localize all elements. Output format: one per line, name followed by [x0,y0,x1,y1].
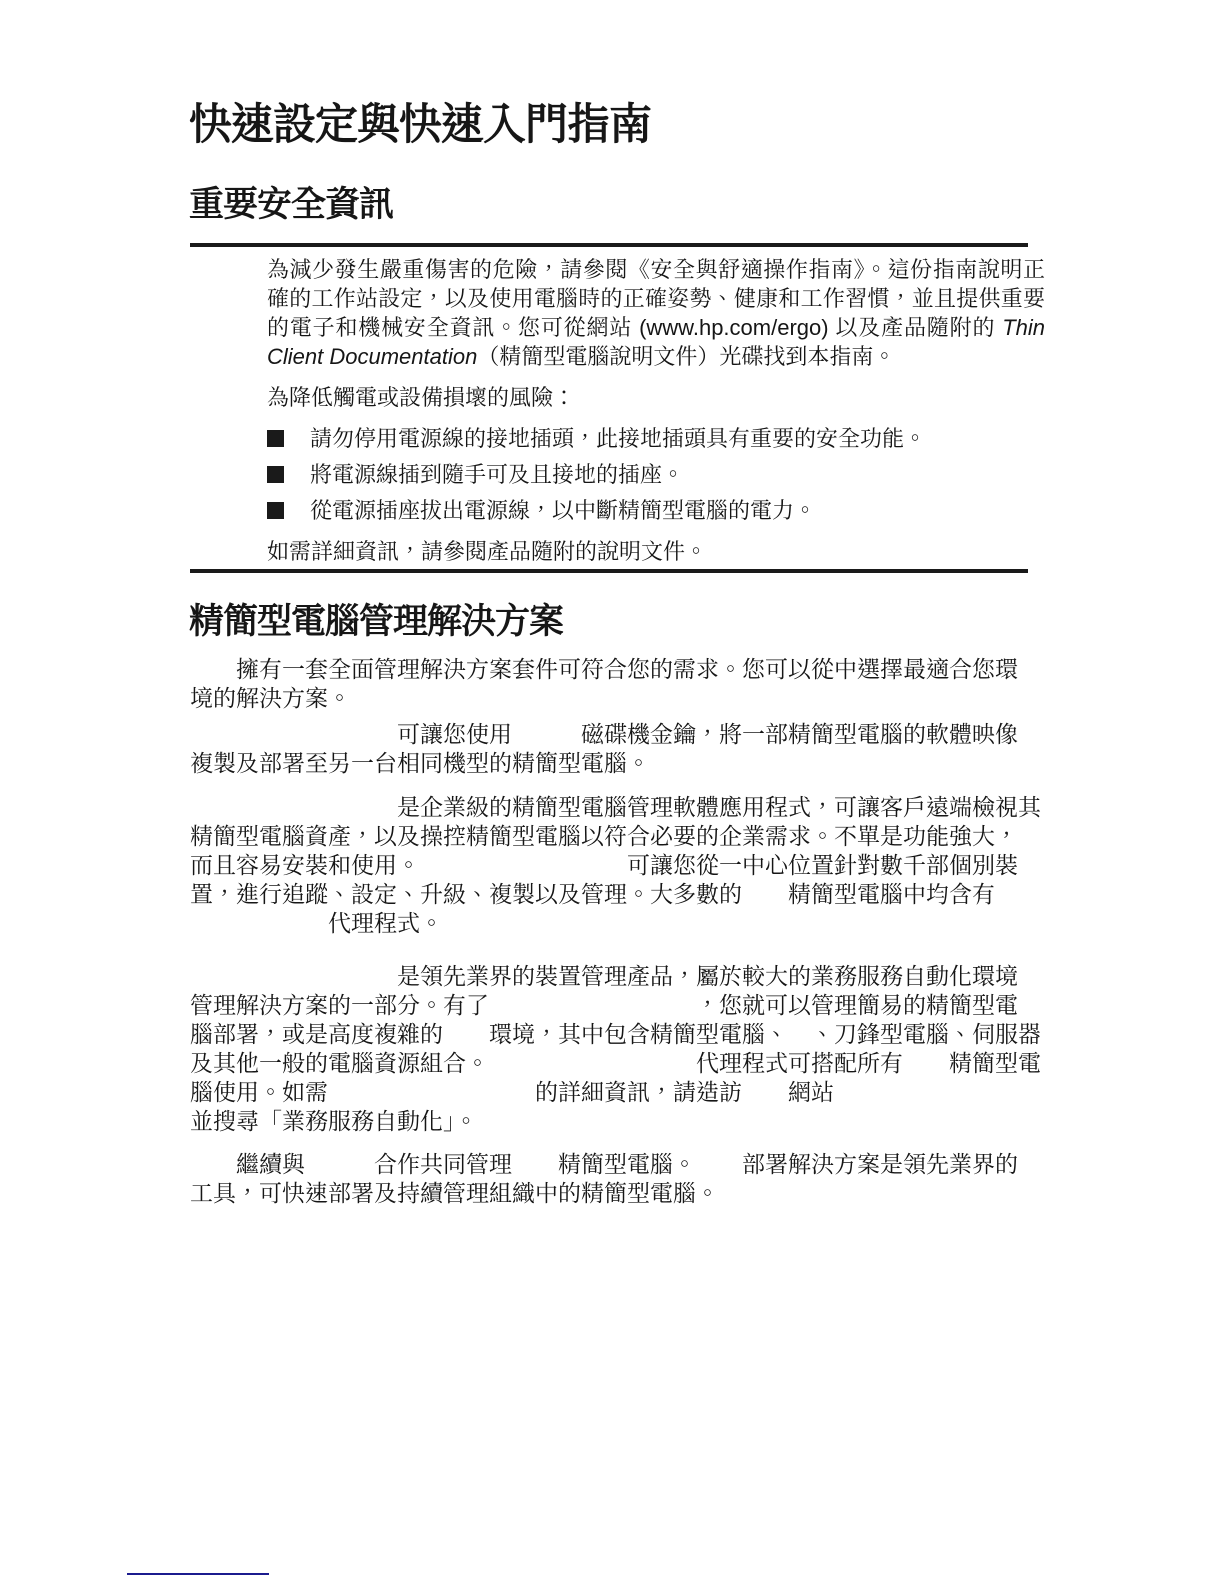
management-paragraph-5: 繼續與 合作共同管理 精簡型電腦。 部署解決方案是領先業界的 工具，可快速部署及… [190,1150,1070,1208]
management-paragraph-1: 擁有一套全面管理解決方案套件可符合您的需求。您可以從中選擇最適合您環 境的解決方… [190,655,1070,713]
square-bullet-icon [267,502,284,519]
safety-bullet-list: 請勿停用電源線的接地插頭，此接地插頭具有重要的安全功能。 將電源線插到隨手可及且… [267,424,926,532]
management-paragraph-3: 是企業級的精簡型電腦管理軟體應用程式，可讓客戶遠端檢視其 精簡型電腦資產，以及操… [190,793,1070,938]
square-bullet-icon [267,430,284,447]
section-rule-bottom [190,569,1028,573]
list-item: 將電源線插到隨手可及且接地的插座。 [267,460,926,489]
more-info-text: 如需詳細資訊，請參閱產品隨附的說明文件。 [267,537,707,566]
management-paragraph-4: 是領先業界的裝置管理產品，屬於較大的業務服務自動化環境 管理解決方案的一部分。有… [190,962,1070,1136]
list-item: 請勿停用電源線的接地插頭，此接地插頭具有重要的安全功能。 [267,424,926,453]
page-title: 快速設定與快速入門指南 [189,100,651,150]
management-paragraph-2: 可讓您使用 磁碟機金鑰，將一部精簡型電腦的軟體映像 複製及部署至另一台相同機型的… [190,720,1070,778]
bullet-text: 將電源線插到隨手可及且接地的插座。 [310,460,684,489]
section-heading-safety: 重要安全資訊 [189,184,393,226]
bullet-text: 從電源插座拔出電源線，以中斷精簡型電腦的電力。 [310,496,816,525]
section-rule-top [190,243,1028,247]
risk-intro-text: 為降低觸電或設備損壞的風險： [267,383,575,412]
footnote-rule [127,1573,269,1575]
square-bullet-icon [267,466,284,483]
section-heading-management: 精簡型電腦管理解決方案 [189,601,563,643]
list-item: 從電源插座拔出電源線，以中斷精簡型電腦的電力。 [267,496,926,525]
bullet-text: 請勿停用電源線的接地插頭，此接地插頭具有重要的安全功能。 [310,424,926,453]
notice-text-lead: 為減少發生嚴重傷害的危險，請參閱《安全與舒適操作指南》。這份指南說明正確的工作站… [267,257,1045,340]
notice-text-tail: （精簡型電腦說明文件）光碟找到本指南。 [477,344,895,369]
document-page: 快速設定與快速入門指南 重要安全資訊 為減少發生嚴重傷害的危險，請參閱《安全與舒… [0,0,1224,1584]
safety-notice-paragraph: 為減少發生嚴重傷害的危險，請參閱《安全與舒適操作指南》。這份指南說明正確的工作站… [267,255,1045,371]
